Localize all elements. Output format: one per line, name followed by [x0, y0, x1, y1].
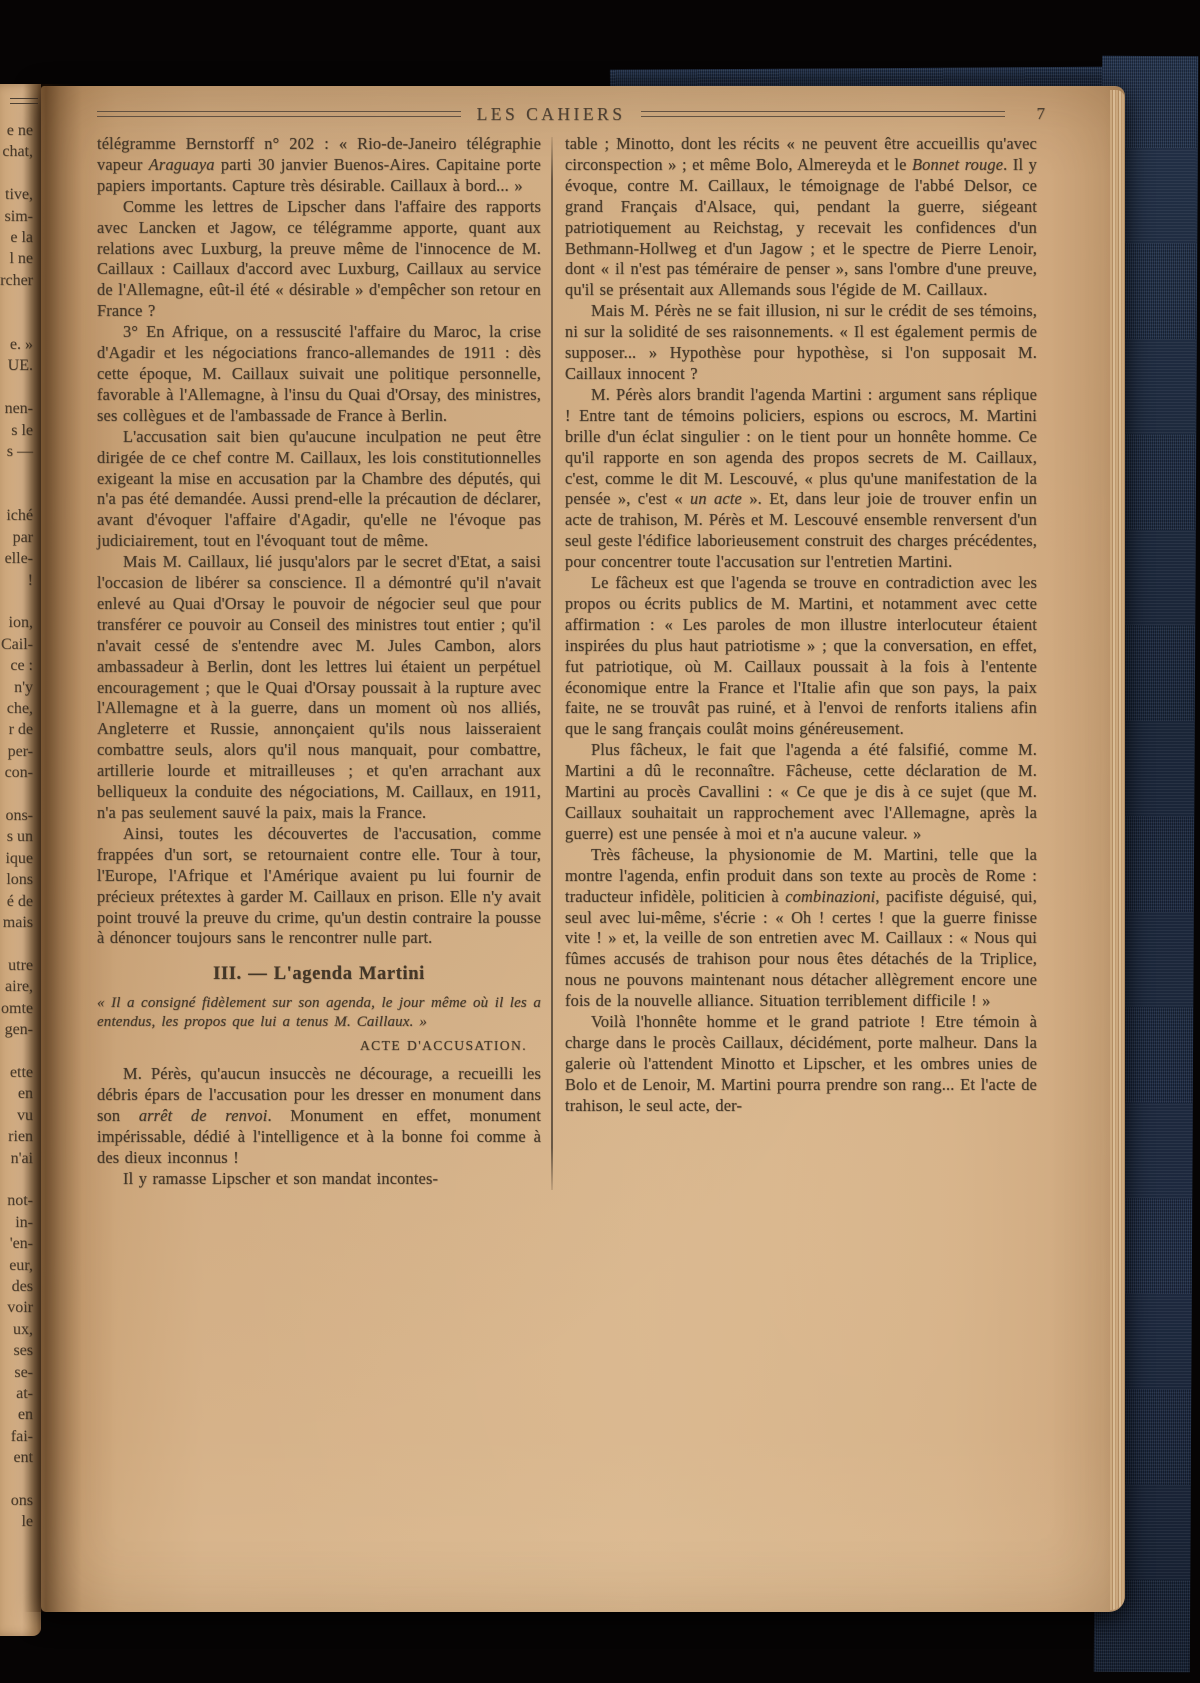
- text-fragment: ette: [0, 1062, 33, 1083]
- text-fragment: !: [0, 570, 33, 591]
- text-fragment: s un: [0, 826, 33, 847]
- column-right: table ; Minotto, dont les récits « ne pe…: [565, 134, 1037, 1190]
- text-columns: télégramme Bernstorff n° 202 : « Rio-de-…: [97, 134, 1037, 1190]
- text-fragment: not-: [0, 1190, 33, 1211]
- text-fragment: chat,: [0, 141, 33, 162]
- text-fragment: omte: [0, 998, 33, 1019]
- page-number: 7: [1019, 104, 1045, 124]
- page-header: LES CAHIERS 7: [97, 103, 1045, 125]
- paragraph: Il y ramasse Lipscher et son mandat inco…: [97, 1169, 541, 1190]
- text-fragment: mais: [0, 912, 33, 933]
- previous-page-header-rule: [10, 98, 38, 104]
- paragraph: Plus fâcheux, le fait que l'agenda a été…: [565, 740, 1037, 845]
- previous-page-text-fragments: e nechat, tive,sim-e lal nercher e. »UE.…: [0, 120, 40, 1533]
- paragraph: Mais M. Pérès ne se fait illusion, ni su…: [565, 301, 1037, 385]
- text-fragment: UE.: [0, 355, 33, 376]
- text-fragment: [0, 933, 33, 954]
- text-fragment: lons: [0, 869, 33, 890]
- paragraph: Comme les lettres de Lipscher dans l'aff…: [97, 197, 541, 322]
- text-fragment: r de: [0, 719, 33, 740]
- text-fragment: [0, 1169, 33, 1190]
- text-fragment: l ne: [0, 248, 33, 269]
- text-fragment: rien: [0, 1126, 33, 1147]
- text-fragment: [0, 484, 33, 505]
- text-fragment: ons-: [0, 805, 33, 826]
- text-fragment: se-: [0, 1362, 33, 1383]
- text-fragment: elle-: [0, 548, 33, 569]
- text-fragment: ses: [0, 1340, 33, 1361]
- text-fragment: fai-: [0, 1426, 33, 1447]
- paragraph: Mais M. Caillaux, lié jusqu'alors par le…: [97, 552, 541, 824]
- text-fragment: 'en-: [0, 1233, 33, 1254]
- text-fragment: é de: [0, 891, 33, 912]
- text-fragment: n'ai: [0, 1148, 33, 1169]
- text-fragment: at-: [0, 1383, 33, 1404]
- page: LES CAHIERS 7 télégramme Bernstorff n° 2…: [41, 86, 1125, 1612]
- column-divider: [551, 137, 553, 1190]
- text-fragment: sim-: [0, 206, 33, 227]
- previous-page-sliver: e nechat, tive,sim-e lal nercher e. »UE.…: [0, 84, 41, 1636]
- block-quote: « Il a consigné fidèlement sur son agend…: [97, 994, 541, 1031]
- header-rule-right: [641, 111, 1005, 117]
- text-fragment: e. »: [0, 334, 33, 355]
- text-fragment: vu: [0, 1105, 33, 1126]
- text-fragment: in-: [0, 1212, 33, 1233]
- text-fragment: per-: [0, 741, 33, 762]
- text-fragment: [0, 1469, 33, 1490]
- quote-attribution: ACTE D'ACCUSATION.: [97, 1036, 527, 1057]
- text-fragment: ce :: [0, 655, 33, 676]
- paragraph: M. Pérès alors brandit l'agenda Martini …: [565, 385, 1037, 573]
- paragraph: M. Pérès, qu'aucun insuccès ne décourage…: [97, 1064, 541, 1169]
- text-fragment: [0, 591, 33, 612]
- paragraph: table ; Minotto, dont les récits « ne pe…: [565, 134, 1037, 301]
- text-fragment: s le: [0, 420, 33, 441]
- text-fragment: e ne: [0, 120, 33, 141]
- text-fragment: voir: [0, 1297, 33, 1318]
- text-fragment: ion,: [0, 612, 33, 633]
- paragraph: télégramme Bernstorff n° 202 : « Rio-de-…: [97, 134, 541, 197]
- text-fragment: e la: [0, 227, 33, 248]
- text-fragment: [0, 313, 33, 334]
- paragraph: 3° En Afrique, on a ressuscité l'affaire…: [97, 322, 541, 427]
- text-fragment: [0, 784, 33, 805]
- text-fragment: [0, 291, 33, 312]
- paragraph: Le fâcheux est que l'agenda se trouve en…: [565, 573, 1037, 740]
- text-fragment: [0, 163, 33, 184]
- text-fragment: nen-: [0, 398, 33, 419]
- journal-title: LES CAHIERS: [461, 104, 642, 125]
- text-fragment: en: [0, 1404, 33, 1425]
- text-fragment: gen-: [0, 1019, 33, 1040]
- text-fragment: [0, 463, 33, 484]
- text-fragment: tive,: [0, 184, 33, 205]
- text-fragment: utre: [0, 955, 33, 976]
- paragraph: L'accusation sait bien qu'aucune inculpa…: [97, 427, 541, 552]
- header-rule-left: [97, 111, 461, 117]
- text-fragment: le: [0, 1511, 33, 1532]
- column-left: télégramme Bernstorff n° 202 : « Rio-de-…: [97, 134, 541, 1190]
- text-fragment: ique: [0, 848, 33, 869]
- section-heading: III. — L'agenda Martini: [97, 964, 541, 985]
- text-fragment: che,: [0, 698, 33, 719]
- page-fore-edge: [1110, 90, 1125, 1610]
- text-fragment: en: [0, 1083, 33, 1104]
- paragraph: Très fâcheuse, la physionomie de M. Mart…: [565, 845, 1037, 1012]
- text-fragment: aire,: [0, 976, 33, 997]
- text-fragment: Cail-: [0, 634, 33, 655]
- text-fragment: eur,: [0, 1255, 33, 1276]
- text-fragment: ux,: [0, 1319, 33, 1340]
- text-fragment: rcher: [0, 270, 33, 291]
- text-fragment: ent: [0, 1447, 33, 1468]
- text-fragment: [0, 1040, 33, 1061]
- text-fragment: iché: [0, 505, 33, 526]
- text-fragment: ons: [0, 1490, 33, 1511]
- text-fragment: par: [0, 527, 33, 548]
- text-fragment: n'y: [0, 677, 33, 698]
- text-fragment: des: [0, 1276, 33, 1297]
- text-fragment: s —: [0, 441, 33, 462]
- text-fragment: [0, 377, 33, 398]
- paragraph: Voilà l'honnête homme et le grand patrio…: [565, 1012, 1037, 1117]
- text-fragment: con-: [0, 762, 33, 783]
- paragraph: Ainsi, toutes les découvertes de l'accus…: [97, 824, 541, 949]
